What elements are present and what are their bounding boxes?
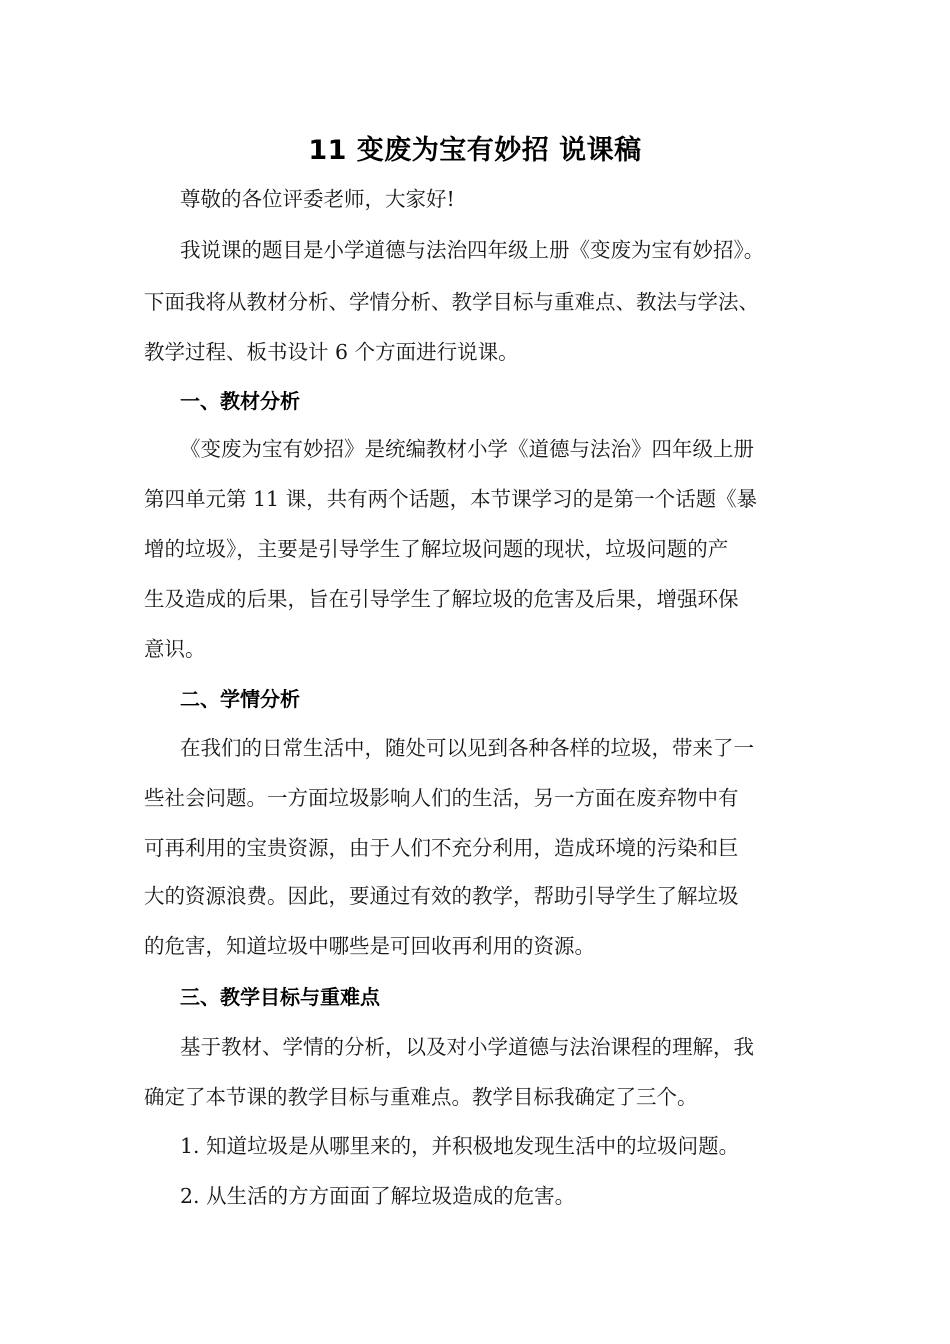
- paragraph-line: 的危害，知道垃圾中哪些是可回收再利用的资源。: [144, 931, 595, 961]
- intro-line: 教学过程、板书设计 6 个方面进行说课。: [144, 337, 519, 367]
- paragraph-line: 可再利用的宝贵资源，由于人们不充分利用，造成环境的污染和巨: [144, 833, 739, 863]
- paragraph-line: 意识。: [144, 634, 206, 664]
- paragraph-line: 些社会问题。一方面垃圾影响人们的生活，另一方面在废弃物中有: [144, 783, 739, 813]
- section-heading: 三、教学目标与重难点: [180, 982, 380, 1012]
- paragraph-line: 基于教材、学情的分析，以及对小学道德与法治课程的理解，我: [180, 1032, 754, 1062]
- greeting: 尊敬的各位评委老师，大家好!: [180, 184, 455, 214]
- section-heading: 二、学情分析: [180, 684, 300, 714]
- goal-item: 1. 知道垃圾是从哪里来的，并积极地发现生活中的垃圾问题。: [180, 1131, 739, 1161]
- paragraph-line: 《变废为宝有妙招》是统编教材小学《道德与法治》四年级上册: [180, 434, 754, 464]
- paragraph-line: 大的资源浪费。因此，要通过有效的教学，帮助引导学生了解垃圾: [144, 881, 739, 911]
- section-heading: 一、教材分析: [180, 386, 300, 416]
- document-title: 11 变废为宝有妙招 说课稿: [0, 131, 950, 171]
- intro-line: 我说课的题目是小学道德与法治四年级上册《变废为宝有妙招》。: [180, 235, 764, 265]
- paragraph-line: 生及造成的后果，旨在引导学生了解垃圾的危害及后果，增强环保: [144, 584, 739, 614]
- intro-line: 下面我将从教材分析、学情分析、教学目标与重难点、教法与学法、: [144, 287, 759, 317]
- goal-item: 2. 从生活的方方面面了解垃圾造成的危害。: [180, 1181, 575, 1211]
- document-page: 11 变废为宝有妙招 说课稿 尊敬的各位评委老师，大家好! 我说课的题目是小学道…: [0, 0, 950, 1344]
- paragraph-line: 第四单元第 11 课，共有两个话题，本节课学习的是第一个话题《暴: [144, 484, 757, 514]
- paragraph-line: 增的垃圾》，主要是引导学生了解垃圾问题的现状，垃圾问题的产: [144, 534, 728, 564]
- paragraph-line: 确定了本节课的教学目标与重难点。教学目标我确定了三个。: [144, 1082, 698, 1112]
- paragraph-line: 在我们的日常生活中，随处可以见到各种各样的垃圾，带来了一: [180, 733, 754, 763]
